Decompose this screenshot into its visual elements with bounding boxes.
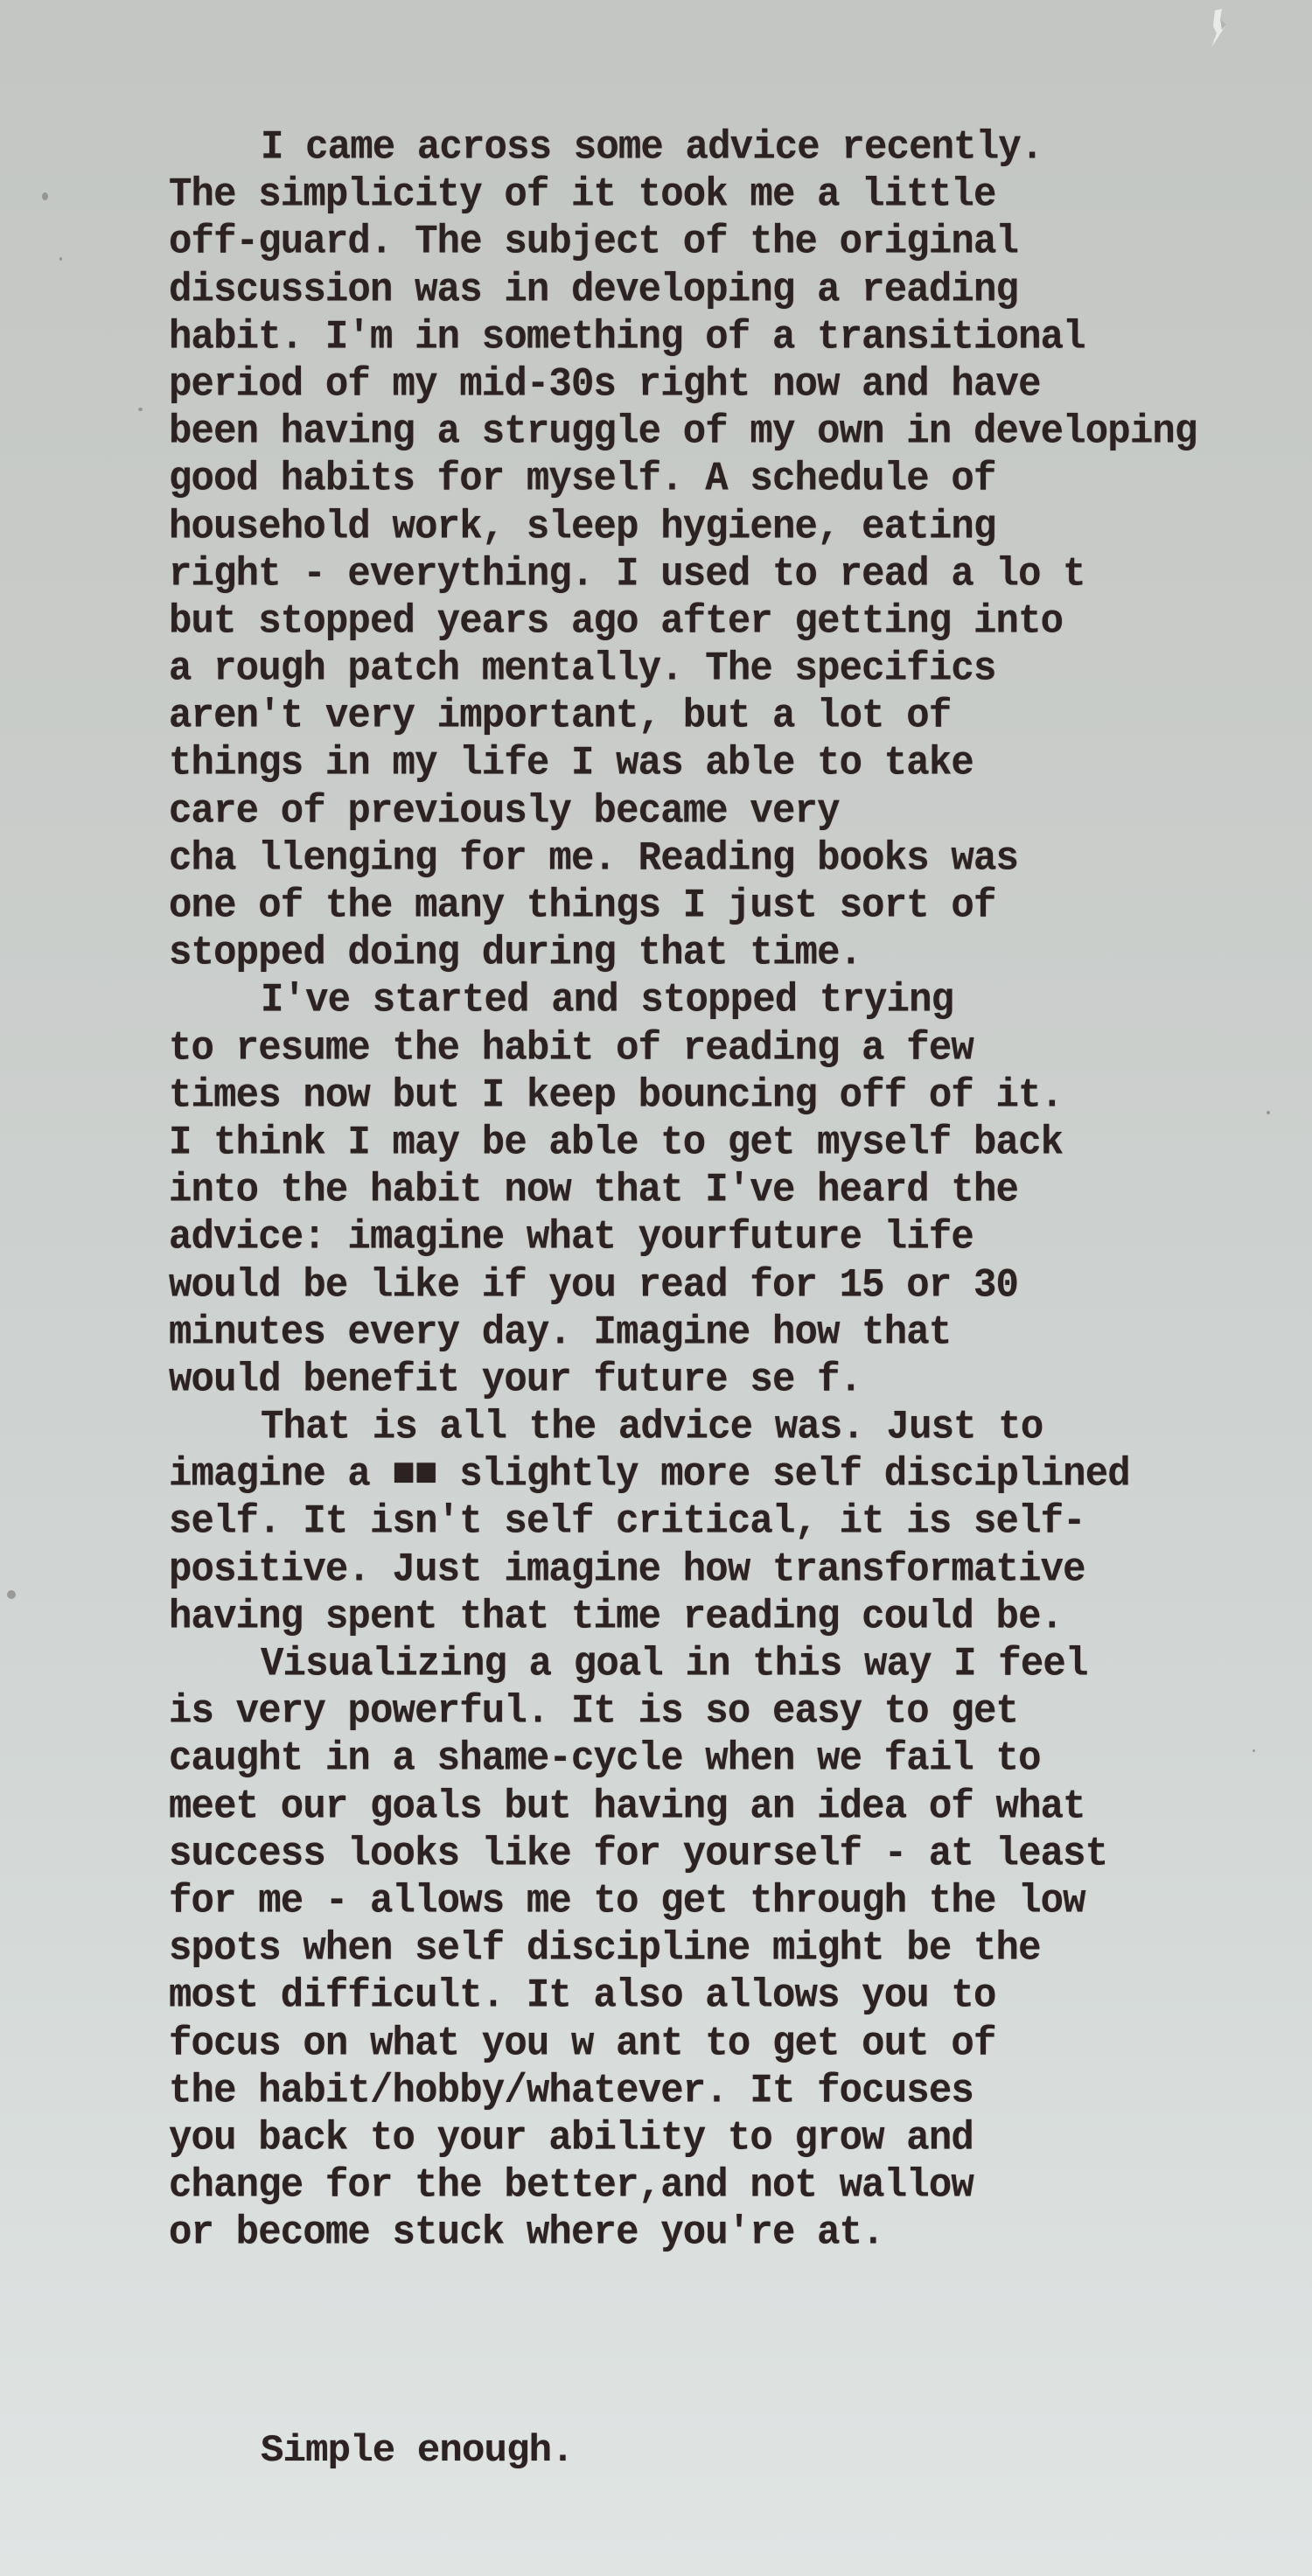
paragraph-line: the habit/hobby/whatever. It focuses: [169, 2066, 1306, 2116]
paragraph-line: stopped doing during that time.: [169, 929, 1306, 979]
paragraph-line: times now but I keep bouncing off of it.: [169, 1071, 1306, 1120]
paragraph-line: right - everything. I used to read a lo …: [169, 549, 1306, 599]
paragraph-line: good habits for myself. A schedule of: [169, 455, 1306, 505]
paragraph-line: The simplicity of it took me a little: [169, 171, 1306, 220]
paragraph-line: advice: imagine what yourfuture life: [169, 1213, 1306, 1263]
paragraph-line: success looks like for yourself - at lea…: [169, 1829, 1306, 1879]
paragraph-line: household work, sleep hygiene, eating: [169, 502, 1306, 552]
paragraph-line: having spent that time reading could be.: [169, 1592, 1306, 1642]
paragraph-line: change for the better,and not wallow: [169, 2161, 1306, 2210]
paragraph-line: off-guard. The subject of the original: [169, 218, 1306, 268]
paragraph-line: positive. Just imagine how transformativ…: [169, 1545, 1306, 1595]
paragraph-line: imagine a ■■ slightly more self discipli…: [169, 1450, 1306, 1500]
paragraph-first-line: I came across some advice recently.: [169, 122, 1306, 172]
paragraph-first-line: That is all the advice was. Just to: [169, 1402, 1306, 1452]
paragraph-line: or become stuck where you're at.: [169, 2209, 1306, 2258]
paragraph-first-line: I've started and stopped trying: [169, 976, 1306, 1026]
paragraph-line: to resume the habit of reading a few: [169, 1023, 1306, 1073]
paragraph-line: aren't very important, but a lot of: [169, 692, 1306, 742]
paragraph-line: discussion was in developing a reading: [169, 265, 1306, 315]
paper-speck: [7, 1590, 16, 1599]
paragraph-line: a rough patch mentally. The specifics: [169, 644, 1306, 694]
paper-speck: [59, 257, 62, 261]
paragraph-line: into the habit now that I've heard the: [169, 1165, 1306, 1215]
signoff-line: Simple enough.: [261, 2427, 574, 2475]
paragraph-line: cha llenging for me. Reading books was: [169, 834, 1306, 883]
paragraph-line: spots when self discipline might be the: [169, 1923, 1306, 1973]
paragraph-line: things in my life I was able to take: [169, 739, 1306, 789]
paper-speck: [138, 408, 143, 411]
paragraph-line: you back to your ability to grow and: [169, 2113, 1306, 2163]
paragraph-line: would benefit your future se f.: [169, 1355, 1306, 1405]
paragraph-line: would be like if you read for 15 or 30: [169, 1260, 1306, 1310]
paragraph-line: one of the many things I just sort of: [169, 881, 1306, 931]
paragraph-line: is very powerful. It is so easy to get: [169, 1687, 1306, 1737]
paragraph-line: focus on what you w ant to get out of: [169, 2019, 1306, 2069]
paragraph-line: been having a struggle of my own in deve…: [169, 407, 1306, 457]
paragraph-line: period of my mid-30s right now and have: [169, 360, 1306, 409]
paper-tear-mark: [1203, 7, 1238, 51]
paragraph-line: for me - allows me to get through the lo…: [169, 1876, 1306, 1926]
paragraph-first-line: Visualizing a goal in this way I feel: [169, 1639, 1306, 1689]
paragraph-line: most difficult. It also allows you to: [169, 1972, 1306, 2021]
paragraph-line: care of previously became very: [169, 786, 1306, 836]
paragraph-line: self. It isn't self critical, it is self…: [169, 1497, 1306, 1547]
paragraph-line: habit. I'm in something of a transitiona…: [169, 312, 1306, 362]
paper-speck: [42, 192, 48, 200]
paragraph-line: meet our goals but having an idea of wha…: [169, 1782, 1306, 1832]
paragraph-line: but stopped years ago after getting into: [169, 597, 1306, 646]
paragraph-line: I think I may be able to get myself back: [169, 1118, 1306, 1168]
typewritten-body: I came across some advice recently.The s…: [169, 124, 1306, 2257]
paragraph-line: caught in a shame-cycle when we fail to: [169, 1735, 1306, 1784]
paragraph-line: minutes every day. Imagine how that: [169, 1308, 1306, 1358]
